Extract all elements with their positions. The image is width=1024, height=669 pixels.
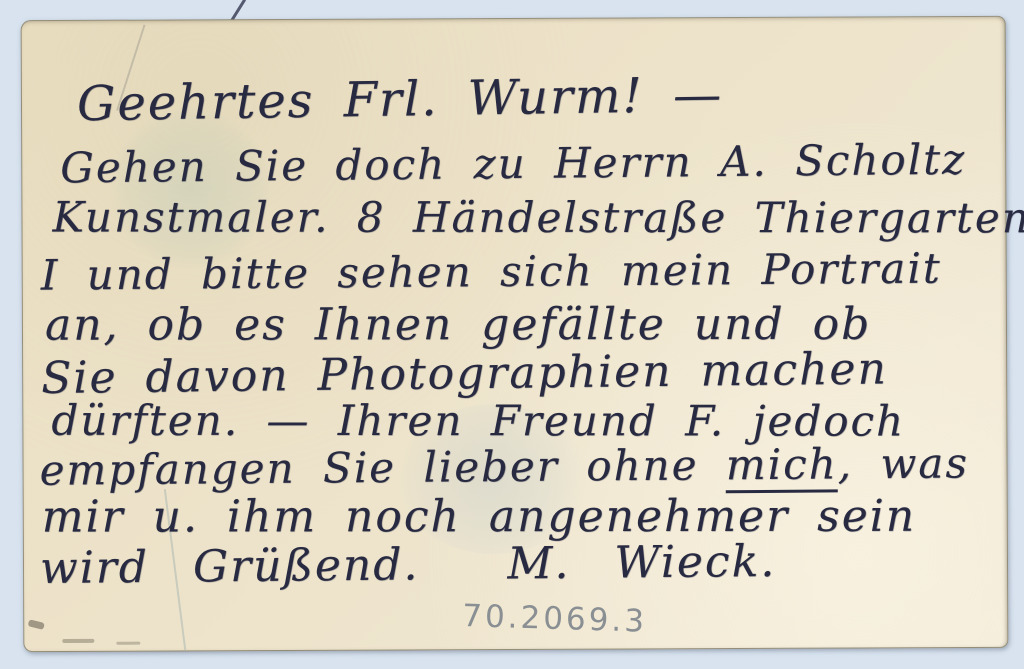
handwriting-line-7: dürften. — Ihren Freund F. jedoch: [51, 396, 905, 446]
underlined-word: mich: [726, 439, 838, 493]
handwriting-line-8: empfangen Sie lieber ohne mich, was: [39, 438, 969, 494]
catalog-number: 70.2069.3: [462, 598, 648, 640]
line-text: empfangen Sie lieber ohne: [39, 440, 726, 494]
edge-wear: [28, 619, 45, 630]
handwriting-line-2: Gehen Sie doch zu Herrn A. Scholtz: [60, 135, 966, 193]
handwriting-line-9: mir u. ihm noch angenehmer sein: [42, 491, 916, 543]
handwriting-line-5: an, ob es Ihnen gefällte und ob: [45, 299, 871, 351]
handwriting-line-10: wird Grüßend. M. Wieck.: [40, 536, 777, 594]
edge-wear: [62, 639, 94, 643]
handwriting-line-3: Kunstmaler. 8 Händelstraße Thiergarten: [52, 192, 1024, 242]
handwriting-line-1: Geehrtes Frl. Wurm! —: [77, 67, 724, 133]
handwriting-line-4: I und bitte sehen sich mein Portrait: [41, 244, 942, 300]
line-text: , was: [837, 438, 969, 488]
scanner-background: Geehrtes Frl. Wurm! — Gehen Sie doch zu …: [0, 0, 1024, 669]
edge-wear: [116, 642, 140, 645]
postcard: Geehrtes Frl. Wurm! — Gehen Sie doch zu …: [21, 16, 1009, 652]
